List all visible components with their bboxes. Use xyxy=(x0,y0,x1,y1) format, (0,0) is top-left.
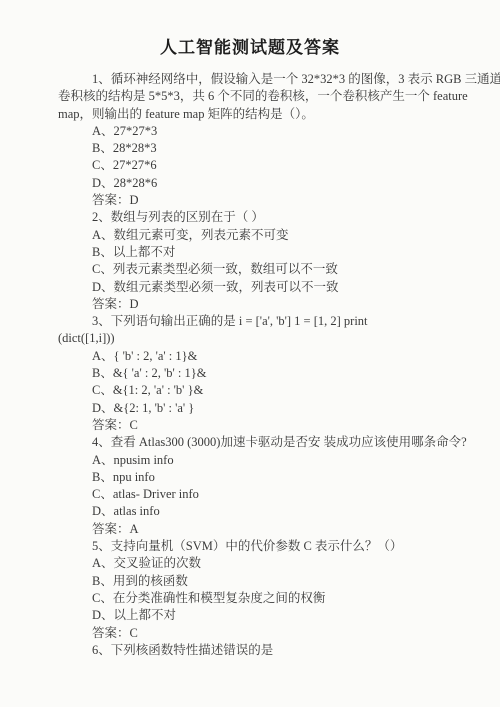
document-body: 1、循环神经网络中，假设输入是一个 32*32*3 的图像，3 表示 RGB 三… xyxy=(0,71,500,659)
question-2-option-D: D、数组元素类型必须一致，列表可以不一致 xyxy=(92,279,470,296)
question-3-option-B: B、&{ 'a' : 2, 'b' : 1}& xyxy=(92,365,470,382)
question-3-answer: 答案：C xyxy=(92,417,470,434)
question-2-option-B: B、以上都不对 xyxy=(92,244,470,261)
question-4-option-A: A、npusim info xyxy=(92,452,470,469)
question-2-option-A: A、数组元素可变，列表元素不可变 xyxy=(92,227,470,244)
question-1-option-C: C、27*27*6 xyxy=(92,157,470,174)
question-1-stem-line: 卷积核的结构是 5*5*3，共 6 个不同的卷积核，一个卷积核产生一个 feat… xyxy=(58,88,470,105)
question-6-stem-line: 6、下列核函数特性描述错误的是 xyxy=(92,642,470,659)
question-1-answer: 答案：D xyxy=(92,192,470,209)
question-4-option-B: B、npu info xyxy=(92,469,470,486)
question-4-option-D: D、atlas info xyxy=(92,503,470,520)
question-1-option-A: A、27*27*3 xyxy=(92,123,470,140)
question-5-option-A: A、交叉验证的次数 xyxy=(92,555,470,572)
question-4-option-C: C、atlas- Driver info xyxy=(92,486,470,503)
question-5-stem-line: 5、支持向量机（SVM）中的代价参数 C 表示什么？（） xyxy=(92,538,470,555)
question-1-option-B: B、28*28*3 xyxy=(92,140,470,157)
question-3-option-C: C、&{1: 2, 'a' : 'b' }& xyxy=(92,382,470,399)
question-3-option-A: A、{ 'b' : 2, 'a' : 1}& xyxy=(92,348,470,365)
question-1-stem-line: 1、循环神经网络中，假设输入是一个 32*32*3 的图像，3 表示 RGB 三… xyxy=(92,71,470,88)
question-2-answer: 答案：D xyxy=(92,296,470,313)
document-title: 人工智能测试题及答案 xyxy=(0,37,500,58)
question-3-stem-line: (dict([1,i])) xyxy=(58,330,470,347)
question-4-answer: 答案：A xyxy=(92,521,470,538)
question-3-option-D: D、&{2: 1, 'b' : 'a' } xyxy=(92,400,470,417)
question-4-stem-line: 4、查看 Atlas300 (3000)加速卡驱动是否安 装成功应该使用哪条命令… xyxy=(92,434,470,451)
question-2-stem-line: 2、数组与列表的区别在于（ ） xyxy=(92,209,470,226)
document-page: 人工智能测试题及答案 1、循环神经网络中，假设输入是一个 32*32*3 的图像… xyxy=(0,0,500,659)
question-3-stem-line: 3、下列语句输出正确的是 i = ['a', 'b'] 1 = [1, 2] p… xyxy=(92,313,470,330)
question-5-option-D: D、以上都不对 xyxy=(92,607,470,624)
question-1-option-D: D、28*28*6 xyxy=(92,175,470,192)
question-1-stem-line: map，则输出的 feature map 矩阵的结构是（）。 xyxy=(58,106,470,123)
question-5-answer: 答案：C xyxy=(92,625,470,642)
question-5-option-B: B、用到的核函数 xyxy=(92,573,470,590)
question-2-option-C: C、列表元素类型必须一致，数组可以不一致 xyxy=(92,261,470,278)
question-5-option-C: C、在分类准确性和模型复杂度之间的权衡 xyxy=(92,590,470,607)
